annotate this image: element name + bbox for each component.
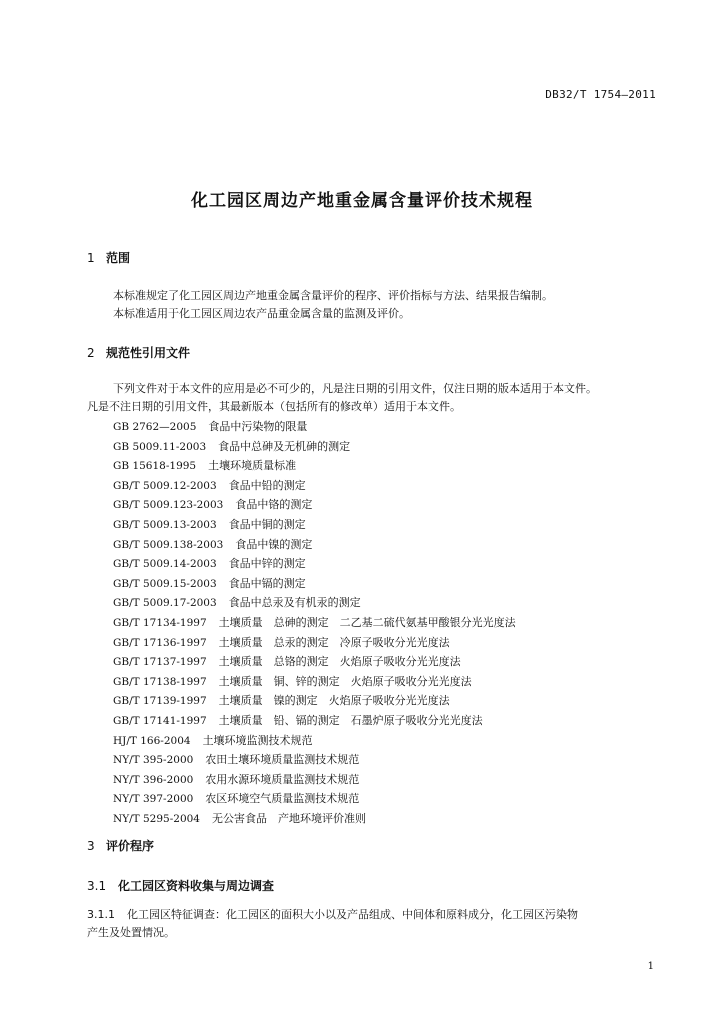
page-number: 1 xyxy=(648,961,654,972)
reference-code: NY/T 395-2000 xyxy=(113,754,193,766)
reference-title: 农区环境空气质量监测技术规范 xyxy=(205,792,359,805)
reference-item: NY/T 5295-2004无公害食品 产地环境评价准则 xyxy=(113,809,516,829)
normative-references-list: GB 2762—2005食品中污染物的限量 GB 5009.11-2003食品中… xyxy=(113,417,516,828)
reference-title: 食品中总砷及无机砷的测定 xyxy=(218,440,350,453)
reference-title: 土壤质量 镍的测定 火焰原子吸收分光光度法 xyxy=(219,694,450,707)
reference-item: HJ/T 166-2004土壤环境监测技术规范 xyxy=(113,731,516,751)
reference-title: 食品中铜的测定 xyxy=(229,518,306,531)
reference-title: 土壤质量 总砷的测定 二乙基二硫代氨基甲酸银分光光度法 xyxy=(219,616,516,629)
reference-code: GB/T 17134-1997 xyxy=(113,617,207,629)
section-number: 2 xyxy=(87,346,106,360)
section-2-heading: 2规范性引用文件 xyxy=(87,344,190,361)
section-1-paragraph-2: 本标准适用于化工园区周边农产品重金属含量的监测及评价。 xyxy=(113,305,410,322)
reference-title: 土壤质量 总汞的测定 冷原子吸收分光光度法 xyxy=(219,636,450,649)
section-title: 规范性引用文件 xyxy=(106,346,190,360)
reference-title: 农田土壤环境质量监测技术规范 xyxy=(205,753,359,766)
reference-code: HJ/T 166-2004 xyxy=(113,735,191,747)
reference-code: NY/T 5295-2004 xyxy=(113,813,200,825)
reference-code: GB 15618-1995 xyxy=(113,460,196,472)
section-2-intro-line-1: 下列文件对于本文件的应用是必不可少的，凡是注日期的引用文件，仅注日期的版本适用于… xyxy=(113,380,597,397)
reference-item: GB/T 17134-1997土壤质量 总砷的测定 二乙基二硫代氨基甲酸银分光光… xyxy=(113,613,516,633)
clause-number: 3.1.1 xyxy=(87,906,127,923)
section-1-paragraph-1: 本标准规定了化工园区周边产地重金属含量评价的程序、评价指标与方法、结果报告编制。 xyxy=(113,287,553,304)
reference-item: GB/T 5009.17-2003食品中总汞及有机汞的测定 xyxy=(113,593,516,613)
subsection-3-1-heading: 3.1化工园区资料收集与周边调查 xyxy=(87,877,274,894)
document-title: 化工园区周边产地重金属含量评价技术规程 xyxy=(0,186,724,211)
section-1-heading: 1范围 xyxy=(87,249,130,266)
reference-item: GB/T 17136-1997土壤质量 总汞的测定 冷原子吸收分光光度法 xyxy=(113,633,516,653)
reference-title: 土壤质量 铅、镉的测定 石墨炉原子吸收分光光度法 xyxy=(219,714,483,727)
reference-item: GB 2762—2005食品中污染物的限量 xyxy=(113,417,516,437)
reference-item: NY/T 395-2000农田土壤环境质量监测技术规范 xyxy=(113,750,516,770)
reference-code: GB 5009.11-2003 xyxy=(113,441,206,453)
reference-code: GB/T 5009.138-2003 xyxy=(113,539,223,551)
reference-item: GB 15618-1995土壤环境质量标准 xyxy=(113,456,516,476)
reference-code: GB/T 5009.12-2003 xyxy=(113,480,217,492)
reference-title: 食品中镉的测定 xyxy=(229,577,306,590)
reference-item: GB/T 5009.13-2003食品中铜的测定 xyxy=(113,515,516,535)
clause-text: 化工园区特征调查：化工园区的面积大小以及产品组成、中间体和原料成分，化工园区污染… xyxy=(127,908,578,921)
subsection-number: 3.1 xyxy=(87,879,118,893)
reference-code: GB/T 17137-1997 xyxy=(113,656,207,668)
reference-title: 农用水源环境质量监测技术规范 xyxy=(205,773,359,786)
clause-3-1-1-line-2: 产生及处置情况。 xyxy=(87,924,175,941)
reference-code: NY/T 396-2000 xyxy=(113,774,193,786)
reference-code: GB/T 5009.15-2003 xyxy=(113,578,217,590)
reference-item: GB/T 5009.138-2003食品中镍的测定 xyxy=(113,535,516,555)
reference-item: GB/T 17139-1997土壤质量 镍的测定 火焰原子吸收分光光度法 xyxy=(113,691,516,711)
reference-code: GB 2762—2005 xyxy=(113,421,196,433)
reference-item: GB/T 17137-1997土壤质量 总铬的测定 火焰原子吸收分光光度法 xyxy=(113,652,516,672)
reference-code: GB/T 5009.17-2003 xyxy=(113,597,217,609)
reference-code: GB/T 17136-1997 xyxy=(113,637,207,649)
reference-code: GB/T 5009.14-2003 xyxy=(113,558,217,570)
section-number: 1 xyxy=(87,251,106,265)
section-title: 范围 xyxy=(106,251,130,265)
reference-title: 食品中铅的测定 xyxy=(229,479,306,492)
section-2-intro-line-2: 凡是不注日期的引用文件，其最新版本（包括所有的修改单）适用于本文件。 xyxy=(87,398,461,415)
reference-item: GB/T 5009.12-2003食品中铅的测定 xyxy=(113,476,516,496)
reference-title: 无公害食品 产地环境评价准则 xyxy=(212,812,366,825)
reference-title: 土壤质量 铜、锌的测定 火焰原子吸收分光光度法 xyxy=(219,675,472,688)
reference-code: GB/T 17139-1997 xyxy=(113,695,207,707)
reference-item: NY/T 396-2000农用水源环境质量监测技术规范 xyxy=(113,770,516,790)
reference-title: 土壤环境监测技术规范 xyxy=(203,734,313,747)
reference-item: GB/T 17141-1997土壤质量 铅、镉的测定 石墨炉原子吸收分光光度法 xyxy=(113,711,516,731)
reference-title: 食品中污染物的限量 xyxy=(208,420,307,433)
reference-title: 食品中镍的测定 xyxy=(235,538,312,551)
reference-code: GB/T 17138-1997 xyxy=(113,676,207,688)
reference-title: 食品中锌的测定 xyxy=(229,557,306,570)
section-number: 3 xyxy=(87,839,106,853)
reference-code: GB/T 5009.13-2003 xyxy=(113,519,217,531)
reference-title: 土壤质量 总铬的测定 火焰原子吸收分光光度法 xyxy=(219,655,461,668)
reference-code: GB/T 5009.123-2003 xyxy=(113,499,223,511)
reference-code: NY/T 397-2000 xyxy=(113,793,193,805)
reference-code: GB/T 17141-1997 xyxy=(113,715,207,727)
reference-item: GB/T 5009.14-2003食品中锌的测定 xyxy=(113,554,516,574)
clause-3-1-1-line-1: 3.1.1化工园区特征调查：化工园区的面积大小以及产品组成、中间体和原料成分，化… xyxy=(87,906,578,923)
section-3-heading: 3评价程序 xyxy=(87,837,154,854)
reference-item: GB/T 5009.15-2003食品中镉的测定 xyxy=(113,574,516,594)
subsection-title: 化工园区资料收集与周边调查 xyxy=(118,879,274,893)
standard-code: DB32/T 1754—2011 xyxy=(545,88,656,101)
reference-item: NY/T 397-2000农区环境空气质量监测技术规范 xyxy=(113,789,516,809)
reference-title: 食品中总汞及有机汞的测定 xyxy=(229,596,361,609)
section-title: 评价程序 xyxy=(106,839,154,853)
reference-item: GB 5009.11-2003食品中总砷及无机砷的测定 xyxy=(113,437,516,457)
reference-title: 食品中铬的测定 xyxy=(235,498,312,511)
reference-item: GB/T 5009.123-2003食品中铬的测定 xyxy=(113,495,516,515)
reference-item: GB/T 17138-1997土壤质量 铜、锌的测定 火焰原子吸收分光光度法 xyxy=(113,672,516,692)
reference-title: 土壤环境质量标准 xyxy=(208,459,296,472)
